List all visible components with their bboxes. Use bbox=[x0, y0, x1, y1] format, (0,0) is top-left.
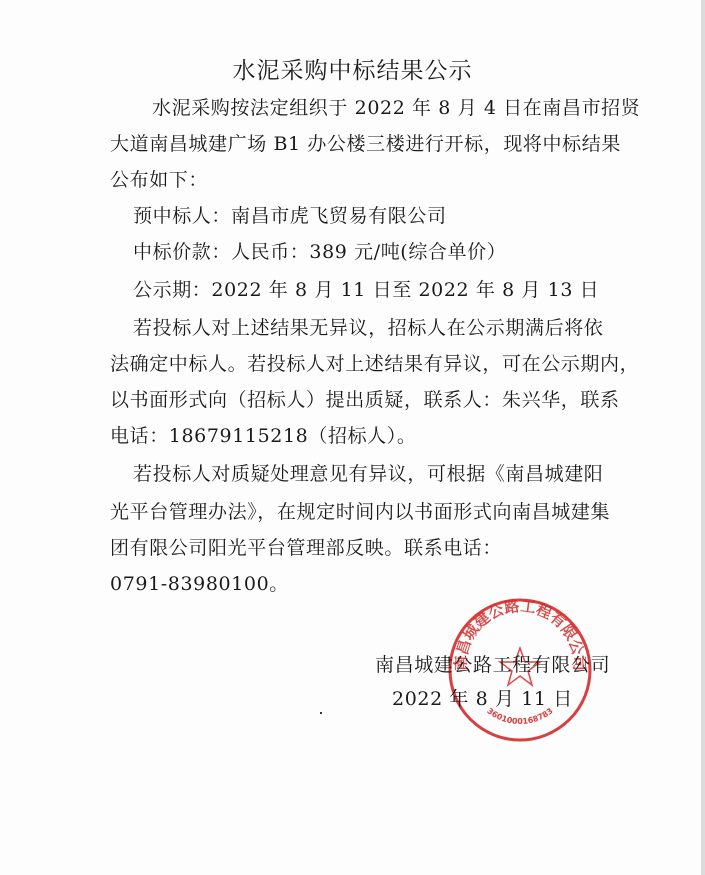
objection-line-4: 电话：18679115218（招标人）。 bbox=[110, 424, 416, 448]
signature-company: 南昌城建公路工程有限公司 bbox=[375, 650, 610, 677]
intro-line-2: 大道南昌城建广场 B1 办公楼三楼进行开标，现将中标结果 bbox=[110, 132, 621, 156]
objection-line-2: 法确定中标人。若投标人对上述结果有异议，可在公示期内， bbox=[110, 352, 639, 376]
winning-price: 中标价款：人民币：389 元/吨(综合单价） bbox=[133, 240, 506, 264]
appeal-line-1: 若投标人对质疑处理意见有异议，可根据《南昌城建阳 bbox=[133, 462, 603, 486]
objection-line-3: 以书面形式向（招标人）提出质疑，联系人：朱兴华，联系 bbox=[110, 388, 620, 412]
objection-line-1: 若投标人对上述结果无异议，招标人在公示期满后将依 bbox=[133, 316, 603, 340]
appeal-line-2: 光平台管理办法》，在规定时间内以书面形式向南昌城建集 bbox=[110, 500, 610, 524]
scan-speck bbox=[320, 712, 322, 714]
appeal-line-4: 0791-83980100。 bbox=[110, 572, 289, 596]
winning-bidder: 预中标人：南昌市虎飞贸易有限公司 bbox=[133, 204, 447, 228]
page-edge bbox=[701, 0, 705, 875]
signature-date: 2022 年 8 月 11 日 bbox=[392, 684, 573, 711]
intro-line-3: 公布如下： bbox=[110, 168, 208, 192]
intro-line-1: 水泥采购按法定组织于 2022 年 8 月 4 日在南昌市招贤 bbox=[152, 96, 640, 120]
publicity-period: 公示期：2022 年 8 月 11 日至 2022 年 8 月 13 日 bbox=[133, 278, 599, 302]
document-title: 水泥采购中标结果公示 bbox=[0, 52, 705, 85]
appeal-line-3: 团有限公司阳光平台管理部反映。联系电话： bbox=[110, 536, 502, 560]
